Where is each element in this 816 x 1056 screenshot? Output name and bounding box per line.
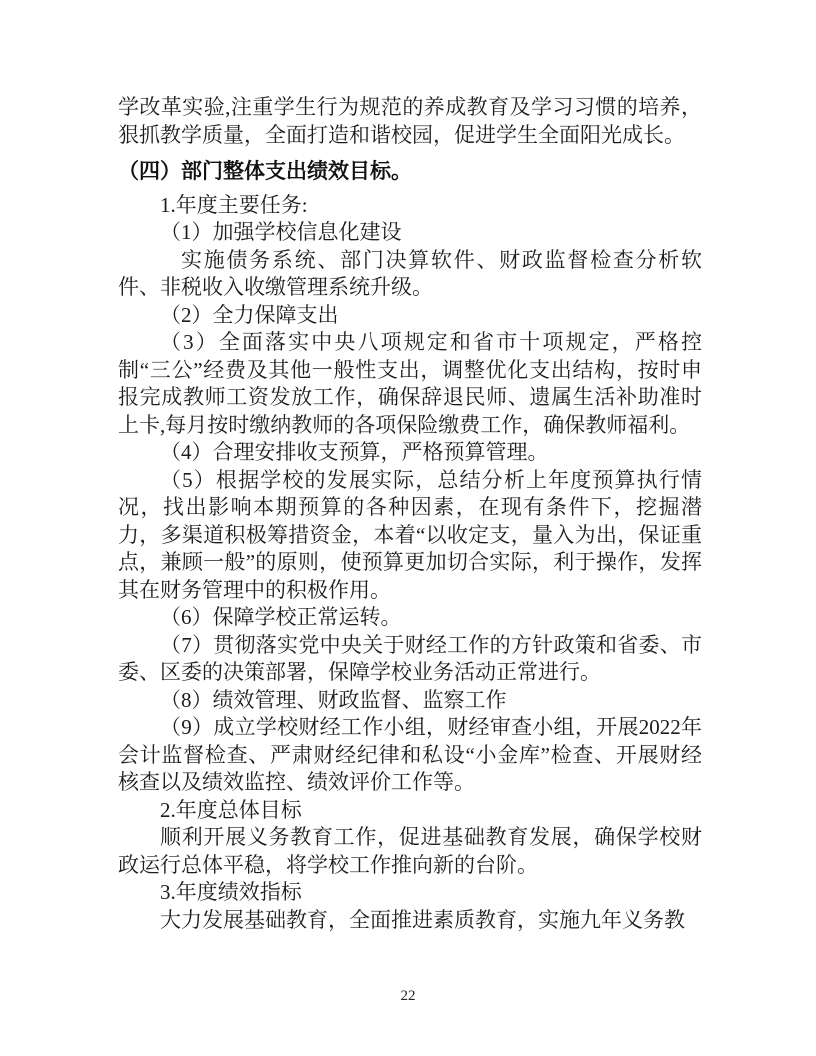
paragraph: （6）保障学校正常运转。 (118, 604, 702, 632)
page-number: 22 (0, 988, 816, 1005)
paragraph: 实施债务系统、部门决算软件、财政监督检查分析软件、非税收入收缴管理系统升级。 (118, 247, 702, 302)
paragraph: 顺利开展义务教育工作，促进基础教育发展，确保学校财政运行总体平稳，将学校工作推向… (118, 824, 702, 879)
paragraph: （2）全力保障支出 (118, 302, 702, 330)
paragraph: （4）合理安排收支预算，严格预算管理。 (118, 439, 702, 467)
document-page: 学改革实验,注重学生行为规范的养成教育及学习习惯的培养，狠抓教学质量，全面打造和… (0, 0, 816, 1056)
paragraph: 学改革实验,注重学生行为规范的养成教育及学习习惯的培养，狠抓教学质量，全面打造和… (118, 94, 702, 149)
paragraph: （7）贯彻落实党中央关于财经工作的方针政策和省委、市委、区委的决策部署，保障学校… (118, 632, 702, 687)
paragraph: 3.年度绩效指标 (118, 879, 702, 907)
paragraph: （5）根据学校的发展实际，总结分析上年度预算执行情况，找出影响本期预算的各种因素… (118, 467, 702, 605)
paragraph: 1.年度主要任务: (118, 192, 702, 220)
paragraph: （8）绩效管理、财政监督、监察工作 (118, 687, 702, 715)
paragraph: （1）加强学校信息化建设 (118, 219, 702, 247)
paragraph: （3）全面落实中央八项规定和省市十项规定，严格控制“三公”经费及其他一般性支出，… (118, 329, 702, 439)
paragraph: 2.年度总体目标 (118, 797, 702, 825)
paragraph: 大力发展基础教育，全面推进素质教育，实施九年义务教 (118, 907, 702, 935)
section-heading: （四）部门整体支出绩效目标。 (118, 158, 702, 186)
document-body: 学改革实验,注重学生行为规范的养成教育及学习习惯的培养，狠抓教学质量，全面打造和… (118, 94, 702, 934)
paragraph: （9）成立学校财经工作小组，财经审查小组，开展2022年会计监督检查、严肃财经纪… (118, 714, 702, 797)
